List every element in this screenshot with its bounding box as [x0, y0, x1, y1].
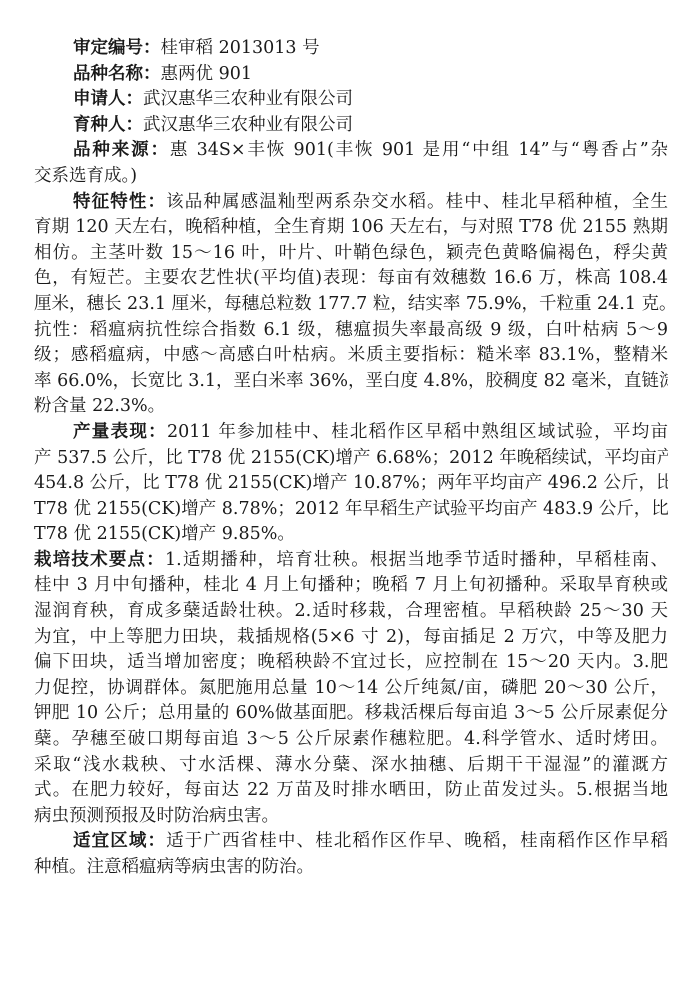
variety-name-label: 品种名称： — [73, 64, 161, 84]
approval-number-label: 审定编号： — [73, 38, 161, 58]
characteristics-line-1: 特征特性：该品种属感温籼型两系杂交水稻。桂中、桂北早稻种植，全生 — [34, 190, 668, 216]
cultivation-text: 1.适期播种，培育壮秧。根据当地季节适时播种，早稻桂南、 — [165, 550, 668, 570]
characteristics-line: 粉含量 22.3%。 — [34, 394, 668, 420]
variety-name-value: 惠两优 901 — [161, 64, 252, 84]
source-line-1: 品种来源：惠 34S×丰恢 901(丰恢 901 是用“中组 14”与“粤香占”… — [34, 138, 668, 164]
applicant-label: 申请人： — [73, 89, 143, 109]
region-line-1: 适宜区域：适于广西省桂中、桂北稻作区作早、晚稻，桂南稻作区作早稻 — [34, 829, 668, 855]
characteristics-line: 率 66.0%，长宽比 3.1，垩白米率 36%，垩白度 4.8%，胶稠度 82… — [34, 369, 668, 395]
characteristics-line: 厘米，穗长 23.1 厘米，每穗总粒数 177.7 粒，结实率 75.9%，千粒… — [34, 292, 668, 318]
yield-label: 产量表现： — [73, 422, 167, 442]
cultivation-line: 力促控，协调群体。氮肥施用总量 10～14 公斤纯氮/亩，磷肥 20～30 公斤… — [34, 676, 668, 702]
source-line-2: 交系选育成。) — [34, 164, 668, 190]
source-label: 品种来源： — [73, 140, 170, 160]
characteristics-text: 该品种属感温籼型两系杂交水稻。桂中、桂北早稻种植，全生 — [166, 192, 668, 212]
variety-approval-document: 审定编号：桂审稻 2013013 号 品种名称：惠两优 901 申请人：武汉惠华… — [34, 36, 668, 881]
yield-line: T78 优 2155(CK)增产 9.85%。 — [34, 522, 668, 548]
source-text: 惠 34S×丰恢 901(丰恢 901 是用“中组 14”与“粤香占”杂 — [170, 140, 668, 160]
applicant-line: 申请人：武汉惠华三农种业有限公司 — [34, 87, 668, 113]
yield-line: T78 优 2155(CK)增产 8.78%；2012 年早稻生产试验平均亩产 … — [34, 497, 668, 523]
cultivation-line: 钾肥 10 公斤；总用量的 60%做基面肥。移栽活棵后每亩追 3～5 公斤尿素促… — [34, 701, 668, 727]
approval-number-value: 桂审稻 2013013 号 — [161, 38, 320, 58]
approval-number-line: 审定编号：桂审稻 2013013 号 — [34, 36, 668, 62]
cultivation-line: 病虫预测预报及时防治病虫害。 — [34, 804, 668, 830]
yield-line: 产 537.5 公斤，比 T78 优 2155(CK)增产 6.68%；2012… — [34, 446, 668, 472]
breeder-line: 育种人：武汉惠华三农种业有限公司 — [34, 113, 668, 139]
variety-name-line: 品种名称：惠两优 901 — [34, 62, 668, 88]
region-text: 适于广西省桂中、桂北稻作区作早、晚稻，桂南稻作区作早稻 — [166, 831, 668, 851]
cultivation-line: 湿润育秧，育成多蘖适龄壮秧。2.适时移栽，合理密植。早稻秧龄 25～30 天 — [34, 599, 668, 625]
characteristics-line: 育期 120 天左右，晚稻种植，全生育期 106 天左右，与对照 T78 优 2… — [34, 215, 668, 241]
cultivation-label: 栽培技术要点： — [34, 550, 165, 570]
yield-line-1: 产量表现：2011 年参加桂中、桂北稻作区早稻中熟组区域试验，平均亩 — [34, 420, 668, 446]
cultivation-line: 为宜，中上等肥力田块，栽插规格(5×6 寸 2)，每亩插足 2 万穴，中等及肥力 — [34, 625, 668, 651]
characteristics-label: 特征特性： — [73, 192, 166, 212]
applicant-value: 武汉惠华三农种业有限公司 — [143, 89, 353, 109]
cultivation-line: 桂中 3 月中旬播种，桂北 4 月上旬播种；晚稻 7 月上旬初播种。采取旱育秧或 — [34, 573, 668, 599]
yield-text: 2011 年参加桂中、桂北稻作区早稻中熟组区域试验，平均亩 — [167, 422, 668, 442]
cultivation-line: 蘖。孕穗至破口期每亩追 3～5 公斤尿素作穗粒肥。4.科学管水、适时烤田。 — [34, 727, 668, 753]
breeder-value: 武汉惠华三农种业有限公司 — [143, 115, 353, 135]
characteristics-line: 色，有短芒。主要农艺性状(平均值)表现：每亩有效穗数 16.6 万，株高 108… — [34, 266, 668, 292]
cultivation-line: 采取“浅水栽秧、寸水活棵、薄水分蘖、深水抽穗、后期干干湿湿”的灌溉方 — [34, 753, 668, 779]
characteristics-line: 级；感稻瘟病，中感～高感白叶枯病。米质主要指标：糙米率 83.1%，整精米 — [34, 343, 668, 369]
cultivation-line-1: 栽培技术要点：1.适期播种，培育壮秧。根据当地季节适时播种，早稻桂南、 — [34, 548, 668, 574]
cultivation-line: 式。在肥力较好，每亩达 22 万苗及时排水晒田，防止苗发过头。5.根据当地 — [34, 778, 668, 804]
region-label: 适宜区域： — [73, 831, 166, 851]
cultivation-line: 偏下田块，适当增加密度；晚稻秧龄不宜过长，应控制在 15～20 天内。3.肥 — [34, 650, 668, 676]
yield-line: 454.8 公斤，比 T78 优 2155(CK)增产 10.87%；两年平均亩… — [34, 471, 668, 497]
breeder-label: 育种人： — [73, 115, 143, 135]
characteristics-line: 抗性：稻瘟病抗性综合指数 6.1 级，穗瘟损失率最高级 9 级，白叶枯病 5～9 — [34, 318, 668, 344]
characteristics-line: 相仿。主茎叶数 15～16 叶，叶片、叶鞘色绿色，颖壳色黄略偏褐色，稃尖黄 — [34, 241, 668, 267]
region-line: 种植。注意稻瘟病等病虫害的防治。 — [34, 855, 668, 881]
